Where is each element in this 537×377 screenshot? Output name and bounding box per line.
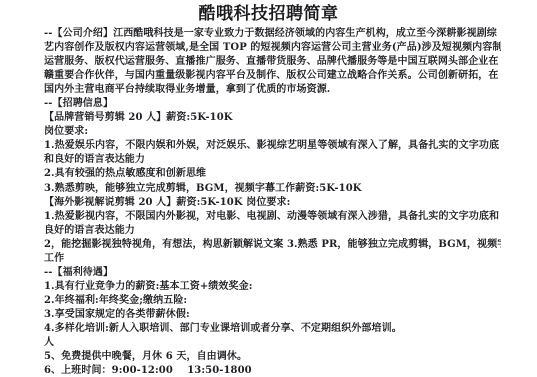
benefits-line: 4.多样化培训:新人入职培训、部门专业课培训或者分享、不定期组织外部培训。 bbox=[44, 322, 501, 336]
benefits-line: 人 bbox=[44, 336, 501, 350]
benefits-line: 5、免费提供中晚餐，月休 6 天，自由调休。 bbox=[44, 350, 501, 364]
benefits-line: 1.具有行业竞争力的薪资:基本工资+绩效奖金: bbox=[44, 280, 501, 294]
recruitment-line: 2，能挖掘影视独特视角，有想法，构思新颖解说文案 3.熟悉 PR，能够独立完成剪… bbox=[44, 238, 501, 252]
recruitment-line: 1.热爱影视内容，不限国内外影视，对电影、电视剧、动漫等领域有深入涉猎，具备扎实… bbox=[44, 210, 501, 224]
recruitment-section-heading: --【招聘信息】 bbox=[44, 97, 501, 111]
recruitment-line: 2.具有较强的热点敏感度和创新思维 bbox=[44, 167, 501, 181]
recruitment-line: 和良好的语言表达能力 bbox=[44, 153, 501, 167]
company-intro-line: 艺内容创作及版权内容运营领域,是全国 TOP 的短视频内容运营公司主营业务(产品… bbox=[44, 41, 501, 55]
recruitment-line: 良好的语言表达能力 bbox=[44, 224, 501, 238]
recruitment-line: 工作 bbox=[44, 252, 501, 266]
recruitment-line: 3.熟悉剪映，能够独立完成剪辑，BGM，视频字幕工作薪资:5K-10K bbox=[44, 182, 501, 196]
company-intro-line: 赣重要合作伙伴，与国内重量级影视内容平台及制作、版权公司建立战略合作关系。公司创… bbox=[44, 69, 501, 83]
benefits-section-heading: --【福利待遇】 bbox=[44, 266, 501, 280]
recruitment-line: 岗位要求: bbox=[44, 125, 501, 139]
benefits-line: 3.享受国家规定的各类带薪休假: bbox=[44, 308, 501, 322]
document-page: 酷哦科技招聘简章 --【公司介绍】江西酷哦科技是一家专业致力于数据经济领域的内容… bbox=[0, 0, 537, 377]
benefits-line: 6、上班时间：9:00-12:00 13:50-1800 bbox=[44, 364, 501, 377]
document-body: --【公司介绍】江西酷哦科技是一家专业致力于数据经济领域的内容生产机构，成立至今… bbox=[0, 27, 537, 377]
recruitment-line: 1.热爱娱乐内容，不限内娱和外娱，对泛娱乐、影视综艺明星等领域有深入了解，具备扎… bbox=[44, 139, 501, 153]
recruitment-position-line: 【海外影视解说剪辑 20 人】薪资:5K-10K 岗位要求: bbox=[44, 196, 501, 210]
document-title: 酷哦科技招聘简章 bbox=[0, 0, 537, 26]
benefits-line: 2.年终福利:年终奖金;缴纳五险: bbox=[44, 294, 501, 308]
company-intro-line: 国内外主营电商平台持续取得业务增量，拿到了优质的市场资源. bbox=[44, 83, 501, 97]
company-intro-line: 运营服务、版权代运营服务、直播推广服务、直播带货服务、品牌代播服务等是中国互联网… bbox=[44, 55, 501, 69]
recruitment-position-line: 【品牌营销号剪辑 20 人】薪资:5K-10K bbox=[44, 111, 501, 125]
company-intro-line: --【公司介绍】江西酷哦科技是一家专业致力于数据经济领域的内容生产机构，成立至今… bbox=[44, 27, 501, 41]
